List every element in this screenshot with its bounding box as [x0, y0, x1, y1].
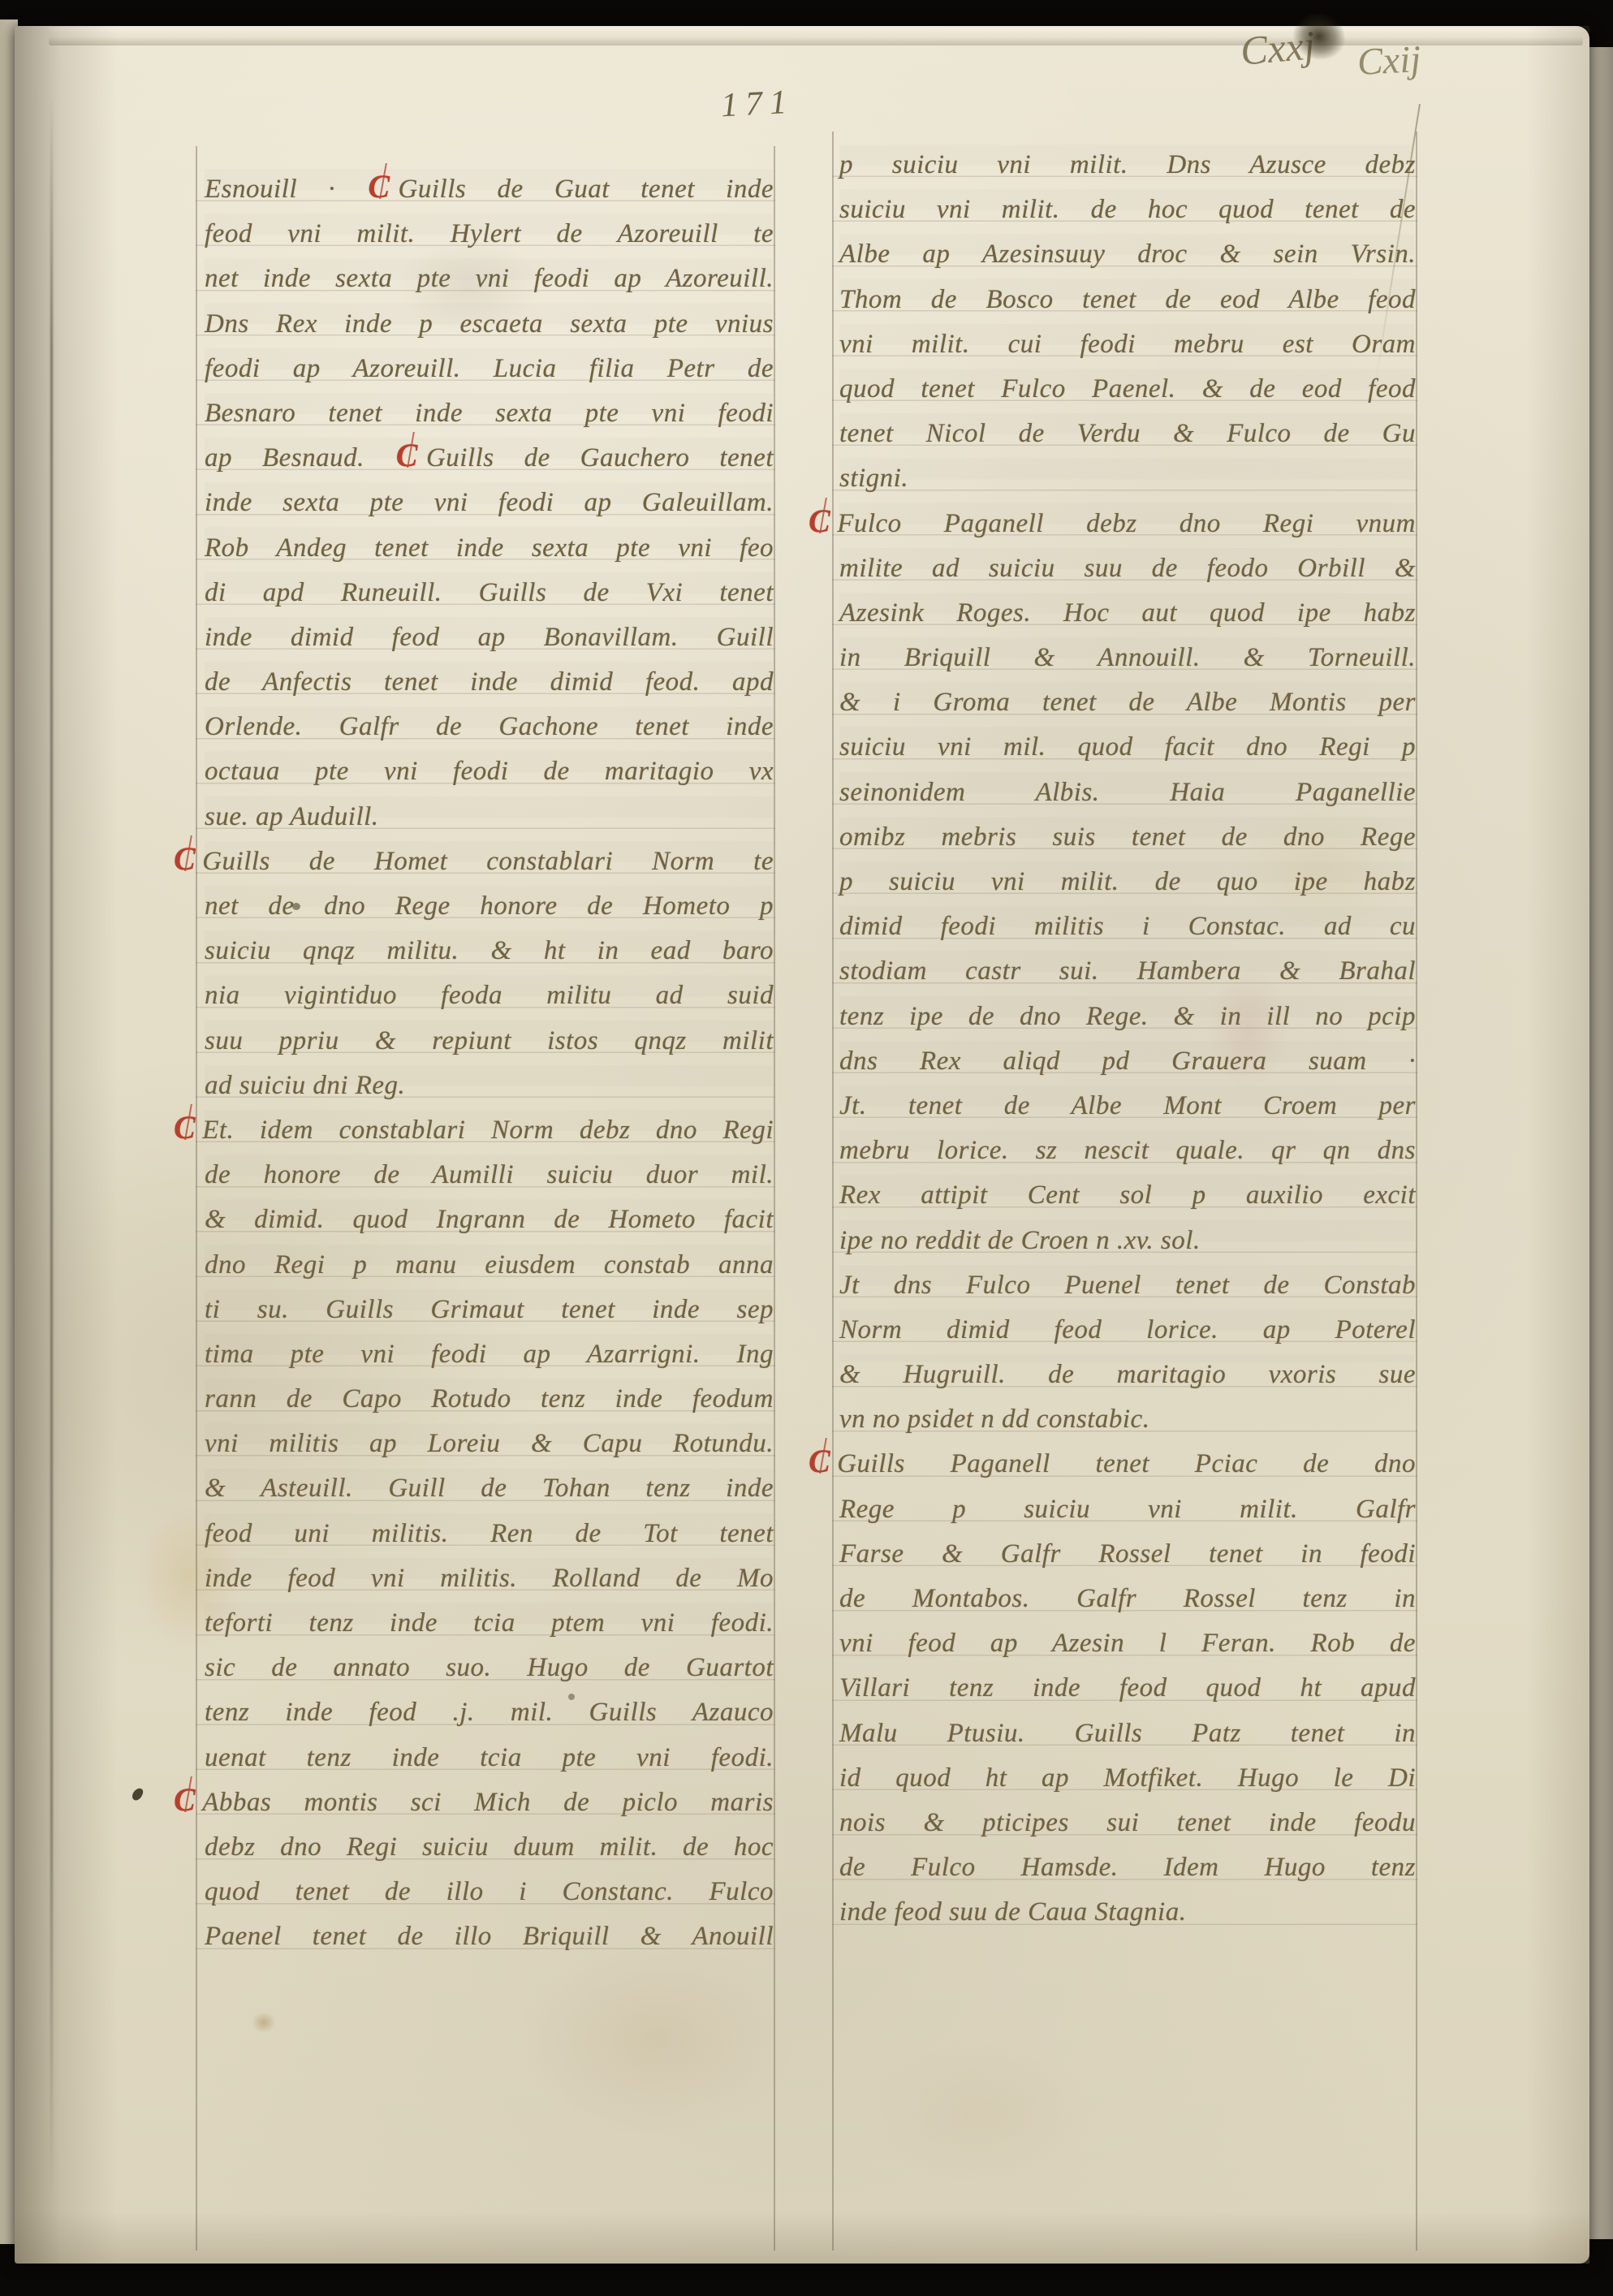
rubric-paragraph-mark: C: [174, 1784, 196, 1816]
manuscript-text-line: rann de Capo Rotudo tenz inde feodum: [205, 1377, 774, 1422]
manuscript-text-line: dns Rex aliqd pd Grauera suam ·: [839, 1039, 1416, 1084]
manuscript-text-line: feod vni milit. Hylert de Azoreuill te: [205, 212, 774, 257]
manuscript-text-line: stodiam castr sui. Hambera & Brahal: [839, 949, 1416, 994]
text-run: ad suiciu dni Reg.: [205, 1071, 405, 1100]
text-run: stigni.: [839, 464, 908, 493]
text-run: vn no psidet n dd constabic.: [839, 1405, 1149, 1434]
gutter-shadow: [15, 26, 136, 2264]
text-run: omibz mebris suis tenet de dno Rege: [839, 822, 1416, 852]
text-run: vni militis ap Loreiu & Capu Rotundu.: [205, 1429, 774, 1458]
manuscript-text-line: Villari tenz inde feod quod ht apud: [839, 1666, 1416, 1711]
manuscript-text-line: Albe ap Azesinsuuy droc & sein Vrsin.: [839, 232, 1416, 277]
manuscript-text-line: sic de annato suo. Hugo de Guartot: [205, 1646, 774, 1690]
manuscript-text-line: p suiciu vni milit. de quo ipe habz: [839, 860, 1416, 904]
manuscript-text-line: suu ppriu & repiunt istos qnqz milit: [205, 1019, 774, 1064]
text-run: milite ad suiciu suu de feodo Orbill &: [839, 554, 1416, 583]
manuscript-text-line: & Asteuill. Guill de Tohan tenz inde: [205, 1466, 774, 1511]
text-run: quod tenet de illo i Constanc. Fulco: [205, 1877, 774, 1906]
manuscript-text-line: CFulco Paganell debz dno Regi vnum: [839, 502, 1416, 546]
manuscript-text-line: ti su. Guills Grimaut tenet inde sep: [205, 1288, 774, 1332]
right-text-column: p suiciu vni milit. Dns Azusce debzsuici…: [839, 143, 1416, 1936]
manuscript-text-line: Jt dns Fulco Puenel tenet de Constab: [839, 1263, 1416, 1308]
text-run: Rex attipit Cent sol p auxilio excit: [839, 1180, 1416, 1210]
text-run: feodi ap Azoreuill. Lucia filia Petr de: [205, 354, 774, 383]
text-run: dno Regi p manu eiusdem constab anna: [205, 1250, 774, 1280]
text-run: inde sexta pte vni feodi ap Galeuillam.: [205, 488, 774, 517]
manuscript-text-line: id quod ht ap Motfiket. Hugo le Di: [839, 1756, 1416, 1801]
manuscript-text-line: quod tenet de illo i Constanc. Fulco: [205, 1870, 774, 1914]
text-run: Abbas montis sci Mich de piclo maris: [202, 1788, 774, 1817]
text-run: Rege p suiciu vni milit. Galfr: [839, 1495, 1416, 1524]
rubric-paragraph-mark: C: [809, 505, 830, 537]
manuscript-text-line: suiciu vni milit. de hoc quod tenet de: [839, 188, 1416, 232]
text-run: tenz inde feod .j. mil. Guills Azauco: [205, 1698, 774, 1727]
manuscript-text-line: Orlende. Galfr de Gachone tenet inde: [205, 705, 774, 749]
manuscript-text-line: vni milit. cui feodi mebru est Oram: [839, 322, 1416, 367]
manuscript-text-line: Norm dimid feod lorice. ap Poterel: [839, 1308, 1416, 1353]
rubric-paragraph-mark: C: [809, 1445, 830, 1478]
manuscript-text-line: debz dno Regi suiciu duum milit. de hoc: [205, 1825, 774, 1870]
text-run: vni feod ap Azesin l Feran. Rob de: [839, 1629, 1416, 1658]
manuscript-text-line: Besnaro tenet inde sexta pte vni feodi: [205, 391, 774, 436]
text-run: Norm dimid feod lorice. ap Poterel: [839, 1315, 1416, 1344]
manuscript-text-line: Paenel tenet de illo Briquill & Anouill: [205, 1914, 774, 1959]
manuscript-text-line: & Hugruill. de maritagio vxoris sue: [839, 1353, 1416, 1397]
manuscript-text-line: in Briquill & Annouill. & Torneuill.: [839, 636, 1416, 680]
manuscript-text-line: CGuills de Homet constablari Norm te: [205, 839, 774, 884]
text-run: & dimid. quod Ingrann de Hometo facit: [205, 1205, 774, 1234]
text-run: p suiciu vni milit. de quo ipe habz: [839, 867, 1416, 896]
old-foliation-mark: Cxij: [1356, 37, 1422, 84]
manuscript-text-line: seinonidem Albis. Haia Paganellie: [839, 770, 1416, 815]
manuscript-text-line: ipe no reddit de Croen n .xv. sol.: [839, 1219, 1416, 1263]
manuscript-text-line: Azesink Roges. Hoc aut quod ipe habz: [839, 591, 1416, 636]
text-run: Malu Ptusiu. Guills Patz tenet in: [839, 1719, 1416, 1748]
text-run: Albe ap Azesinsuuy droc & sein Vrsin.: [839, 240, 1416, 269]
manuscript-text-line: inde feod vni militis. Rolland de Mo: [205, 1556, 774, 1601]
text-run: Esnouill ·: [205, 175, 366, 204]
binding-crease: [50, 97, 53, 2192]
column-ruling-line: [1416, 132, 1417, 2251]
text-run: Et. idem constablari Norm debz dno Regi: [202, 1116, 774, 1145]
manuscript-text-line: Rex attipit Cent sol p auxilio excit: [839, 1173, 1416, 1218]
text-run: tima pte vni feodi ap Azarrigni. Ing: [205, 1340, 774, 1369]
text-run: Besnaro tenet inde sexta pte vni feodi: [205, 399, 774, 428]
text-run: nia vigintiduo feoda militu ad suid: [205, 981, 774, 1010]
manuscript-text-line: ap Besnaud. CGuills de Gauchero tenet: [205, 436, 774, 481]
text-run: inde dimid feod ap Bonavillam. Guill: [205, 623, 774, 652]
manuscript-text-line: ad suiciu dni Reg.: [205, 1064, 774, 1108]
text-run: uenat tenz inde tcia pte vni feodi.: [205, 1743, 774, 1772]
manuscript-text-line: Thom de Bosco tenet de eod Albe feod: [839, 278, 1416, 322]
text-run: de honore de Aumilli suiciu duor mil.: [205, 1160, 774, 1189]
manuscript-text-line: Farse & Galfr Rossel tenet in feodi: [839, 1532, 1416, 1577]
rubric-paragraph-mark: C: [174, 843, 196, 875]
text-run: teforti tenz inde tcia ptem vni feodi.: [205, 1608, 774, 1638]
text-run: & Hugruill. de maritagio vxoris sue: [839, 1360, 1416, 1389]
text-run: suiciu vni milit. de hoc quod tenet de: [839, 195, 1416, 224]
folio-number: 171: [720, 83, 795, 126]
text-run: Villari tenz inde feod quod ht apud: [839, 1673, 1416, 1703]
text-run: ti su. Guills Grimaut tenet inde sep: [205, 1295, 774, 1324]
parchment-stain: [867, 2039, 1094, 2186]
manuscript-text-line: Rob Andeg tenet inde sexta pte vni feo: [205, 526, 774, 571]
text-run: Azesink Roges. Hoc aut quod ipe habz: [839, 598, 1416, 628]
text-run: stodiam castr sui. Hambera & Brahal: [839, 956, 1416, 986]
text-run: mebru lorice. sz nescit quale. qr qn dns: [839, 1136, 1416, 1165]
manuscript-text-line: uenat tenz inde tcia pte vni feodi.: [205, 1736, 774, 1780]
parchment-stain: [252, 2012, 276, 2033]
manuscript-text-line: de Montabos. Galfr Rossel tenz in: [839, 1577, 1416, 1621]
text-run: sic de annato suo. Hugo de Guartot: [205, 1653, 774, 1682]
manuscript-text-line: milite ad suiciu suu de feodo Orbill &: [839, 546, 1416, 591]
manuscript-text-line: suiciu vni mil. quod facit dno Regi p: [839, 725, 1416, 770]
rubric-paragraph-mark: C: [396, 439, 418, 472]
rubric-paragraph-mark: C: [368, 170, 390, 203]
text-run: sue. ap Auduill.: [205, 802, 379, 831]
text-run: dns Rex aliqd pd Grauera suam ·: [839, 1047, 1416, 1076]
text-run: Dns Rex inde p escaeta sexta pte vnius: [205, 309, 774, 339]
manuscript-text-line: tima pte vni feodi ap Azarrigni. Ing: [205, 1332, 774, 1377]
column-ruling-line: [774, 146, 775, 2251]
manuscript-text-line: dno Regi p manu eiusdem constab anna: [205, 1243, 774, 1288]
rubric-paragraph-mark: C: [174, 1111, 196, 1144]
text-run: inde feod vni militis. Rolland de Mo: [205, 1564, 774, 1593]
text-run: inde feod suu de Caua Stagnia.: [839, 1897, 1186, 1927]
manuscript-text-line: CAbbas montis sci Mich de piclo maris: [205, 1780, 774, 1825]
left-text-column: Esnouill · CGuills de Guat tenet indefeo…: [205, 167, 774, 1960]
text-run: Thom de Bosco tenet de eod Albe feod: [839, 285, 1416, 314]
manuscript-text-line: dimid feodi militis i Constac. ad cu: [839, 904, 1416, 949]
manuscript-text-line: CEt. idem constablari Norm debz dno Regi: [205, 1108, 774, 1153]
page-top-edge: [49, 28, 1583, 45]
manuscript-text-line: stigni.: [839, 456, 1416, 501]
text-run: & i Groma tenet de Albe Montis per: [839, 688, 1416, 717]
text-run: quod tenet Fulco Paenel. & de eod feod: [839, 374, 1416, 404]
manuscript-text-line: omibz mebris suis tenet de dno Rege: [839, 815, 1416, 860]
bottom-fold-shadow: [15, 2212, 1589, 2264]
manuscript-text-line: & i Groma tenet de Albe Montis per: [839, 680, 1416, 725]
manuscript-text-line: tenet Nicol de Verdu & Fulco de Gu: [839, 412, 1416, 456]
manuscript-scan: { "page": { "folio_number": "171", "corn…: [0, 0, 1613, 2296]
manuscript-text-line: octaua pte vni feodi de maritagio vx: [205, 749, 774, 794]
text-run: Guills de Guat tenet inde: [399, 175, 774, 204]
manuscript-text-line: tenz ipe de dno Rege. & in ill no pcip: [839, 995, 1416, 1039]
text-run: ipe no reddit de Croen n .xv. sol.: [839, 1226, 1201, 1255]
manuscript-text-line: vn no psidet n dd constabic.: [839, 1397, 1416, 1442]
manuscript-text-line: sue. ap Auduill.: [205, 795, 774, 839]
manuscript-text-line: Esnouill · CGuills de Guat tenet inde: [205, 167, 774, 212]
manuscript-text-line: suiciu qnqz militu. & ht in ead baro: [205, 929, 774, 973]
text-run: debz dno Regi suiciu duum milit. de hoc: [205, 1832, 774, 1862]
manuscript-text-line: di apd Runeuill. Guills de Vxi tenet: [205, 571, 774, 615]
manuscript-text-line: & dimid. quod Ingrann de Hometo facit: [205, 1198, 774, 1242]
text-run: Orlende. Galfr de Gachone tenet inde: [205, 712, 774, 741]
text-run: nois & pticipes sui tenet inde feodu: [839, 1808, 1416, 1837]
text-run: vni milit. cui feodi mebru est Oram: [839, 330, 1416, 359]
text-run: Fulco Paganell debz dno Regi vnum: [837, 509, 1416, 538]
text-run: Jt dns Fulco Puenel tenet de Constab: [839, 1271, 1416, 1300]
text-run: Guills de Gauchero tenet: [426, 443, 774, 473]
manuscript-text-line: inde feod suu de Caua Stagnia.: [839, 1890, 1416, 1935]
text-run: Guills de Homet constablari Norm te: [202, 847, 774, 876]
manuscript-text-line: de Anfectis tenet inde dimid feod. apd: [205, 660, 774, 705]
text-run: Paenel tenet de illo Briquill & Anouill: [205, 1922, 774, 1951]
text-run: Rob Andeg tenet inde sexta pte vni feo: [205, 533, 774, 563]
manuscript-text-line: CGuills Paganell tenet Pciac de dno: [839, 1442, 1416, 1487]
manuscript-text-line: Malu Ptusiu. Guills Patz tenet in: [839, 1711, 1416, 1756]
text-run: tenet Nicol de Verdu & Fulco de Gu: [839, 419, 1416, 448]
manuscript-text-line: net de dno Rege honore de Hometo p: [205, 884, 774, 929]
text-run: seinonidem Albis. Haia Paganellie: [839, 778, 1416, 807]
manuscript-text-line: net inde sexta pte vni feodi ap Azoreuil…: [205, 257, 774, 301]
text-run: net de dno Rege honore de Hometo p: [205, 891, 774, 921]
text-run: suiciu qnqz militu. & ht in ead baro: [205, 936, 774, 965]
text-run: p suiciu vni milit. Dns Azusce debz: [839, 150, 1416, 179]
text-run: dimid feodi militis i Constac. ad cu: [839, 912, 1416, 941]
manuscript-text-line: de Fulco Hamsde. Idem Hugo tenz: [839, 1845, 1416, 1890]
manuscript-text-line: Jt. tenet de Albe Mont Croem per: [839, 1084, 1416, 1129]
manuscript-text-line: Rege p suiciu vni milit. Galfr: [839, 1487, 1416, 1532]
text-run: in Briquill & Annouill. & Torneuill.: [839, 643, 1416, 672]
text-run: de Anfectis tenet inde dimid feod. apd: [205, 667, 774, 697]
text-run: Farse & Galfr Rossel tenet in feodi: [839, 1539, 1416, 1569]
manuscript-text-line: teforti tenz inde tcia ptem vni feodi.: [205, 1601, 774, 1646]
manuscript-text-line: quod tenet Fulco Paenel. & de eod feod: [839, 367, 1416, 412]
manuscript-text-line: tenz inde feod .j. mil. Guills Azauco: [205, 1690, 774, 1735]
text-run: de Fulco Hamsde. Idem Hugo tenz: [839, 1853, 1416, 1882]
text-run: di apd Runeuill. Guills de Vxi tenet: [205, 578, 774, 607]
manuscript-text-line: vni feod ap Azesin l Feran. Rob de: [839, 1621, 1416, 1666]
manuscript-text-line: inde sexta pte vni feodi ap Galeuillam.: [205, 481, 774, 525]
text-run: feod vni milit. Hylert de Azoreuill te: [205, 219, 774, 248]
text-run: octaua pte vni feodi de maritagio vx: [205, 757, 774, 786]
text-run: Jt. tenet de Albe Mont Croem per: [839, 1091, 1416, 1120]
manuscript-text-line: vni militis ap Loreiu & Capu Rotundu.: [205, 1422, 774, 1466]
manuscript-text-line: nois & pticipes sui tenet inde feodu: [839, 1801, 1416, 1845]
manuscript-text-line: p suiciu vni milit. Dns Azusce debz: [839, 143, 1416, 188]
column-ruling-line: [196, 146, 197, 2251]
manuscript-text-line: feodi ap Azoreuill. Lucia filia Petr de: [205, 347, 774, 391]
manuscript-text-line: nia vigintiduo feoda militu ad suid: [205, 973, 774, 1018]
column-ruling-line: [832, 132, 834, 2251]
manuscript-text-line: inde dimid feod ap Bonavillam. Guill: [205, 615, 774, 660]
text-run: id quod ht ap Motfiket. Hugo le Di: [839, 1763, 1416, 1793]
fore-edge-shadow: [1526, 26, 1589, 2264]
text-run: de Montabos. Galfr Rossel tenz in: [839, 1584, 1416, 1613]
manuscript-text-line: de honore de Aumilli suiciu duor mil.: [205, 1153, 774, 1198]
manuscript-text-line: Dns Rex inde p escaeta sexta pte vnius: [205, 302, 774, 347]
text-run: net inde sexta pte vni feodi ap Azoreuil…: [205, 264, 774, 293]
manuscript-text-line: feod uni militis. Ren de Tot tenet: [205, 1512, 774, 1556]
parchment-stain: [518, 1942, 794, 2137]
text-run: suu ppriu & repiunt istos qnqz milit: [205, 1026, 774, 1055]
text-run: suiciu vni mil. quod facit dno Regi p: [839, 732, 1416, 762]
manuscript-text-line: mebru lorice. sz nescit quale. qr qn dns: [839, 1129, 1416, 1173]
text-run: tenz ipe de dno Rege. & in ill no pcip: [839, 1002, 1416, 1031]
text-run: Guills Paganell tenet Pciac de dno: [837, 1449, 1416, 1478]
text-run: & Asteuill. Guill de Tohan tenz inde: [205, 1474, 774, 1503]
text-run: feod uni militis. Ren de Tot tenet: [205, 1519, 774, 1548]
text-run: rann de Capo Rotudo tenz inde feodum: [205, 1384, 774, 1413]
text-run: ap Besnaud.: [205, 443, 395, 473]
